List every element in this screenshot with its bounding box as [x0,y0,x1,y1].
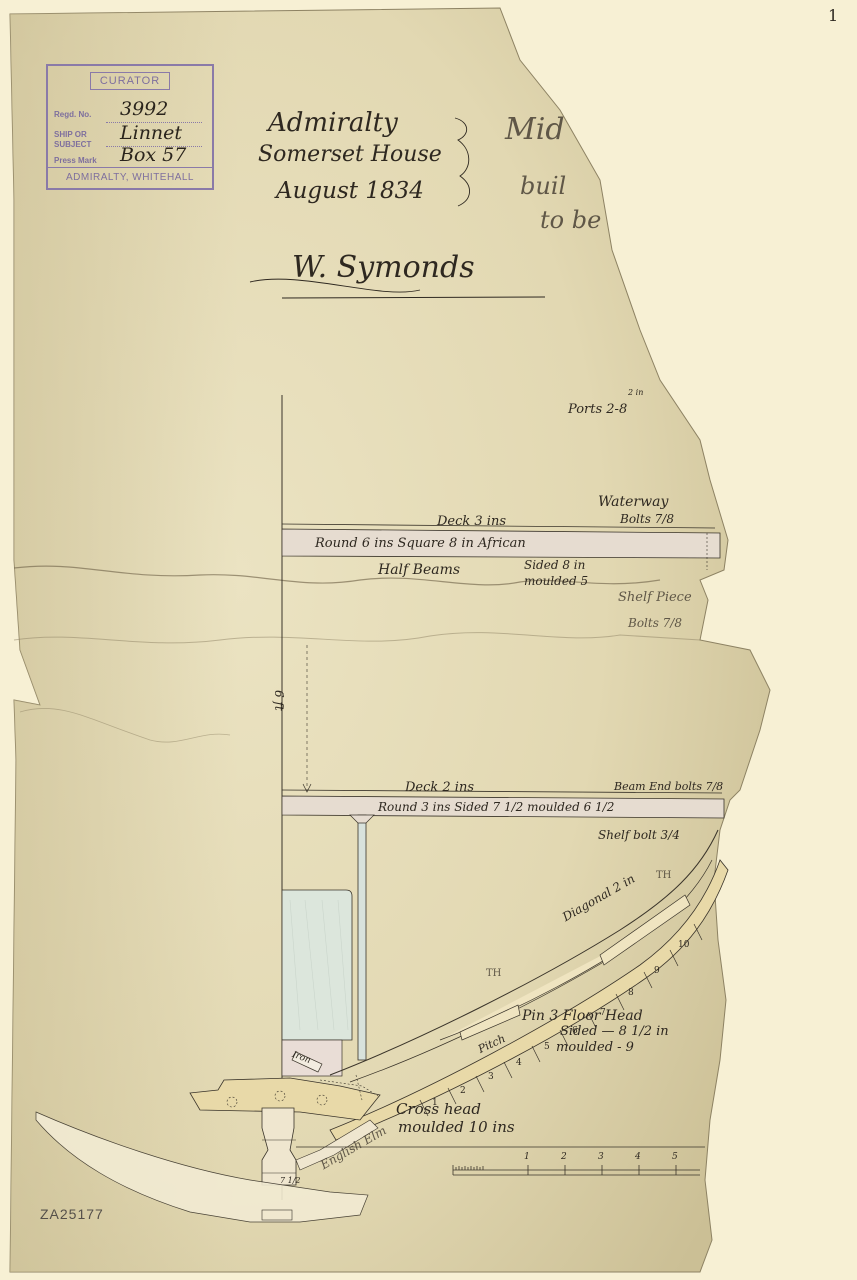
ports-label: Ports 2-8 [568,402,627,417]
scale-tick-label: 1 [524,1152,530,1162]
scale-tick-label: 2 [561,1152,567,1162]
plank-number: 8 [628,988,634,998]
curator-stamp: CURATOR Regd. No. 3992 SHIP OR SUBJECT L… [46,64,214,190]
floor-head-label: Pin 3 Floor Head [522,1008,643,1024]
beam-end-bolts-label: Beam End bolts 7/8 [614,780,723,793]
half-beams-label: Half Beams [378,562,460,578]
plank-number: 2 [460,1086,466,1096]
plank-number: 6 [572,1026,578,1036]
regd-no-label: Regd. No. [54,110,91,119]
scale-tick-label: 5 [672,1152,678,1162]
height-between-decks: 6 ft [272,690,286,711]
regd-no-value: 3992 [120,98,168,120]
half-beams-sided: Sided 8 in [524,558,585,572]
heading-admiralty: Admiralty [268,108,398,138]
document-sheet: CURATOR Regd. No. 3992 SHIP OR SUBJECT L… [0,0,857,1280]
cross-head-label: Cross head [396,1100,481,1118]
title-fragment-2: buil [520,172,566,200]
plank-number: 3 [488,1072,494,1082]
shelf-piece-label: Shelf Piece [618,590,692,605]
scale-tick-label: 4 [635,1152,641,1162]
plank-number: 1 [432,1098,438,1108]
title-fragment-3: to be [540,206,601,234]
shelf-piece-bolts: Bolts 7/8 [628,616,682,630]
lower-deck-label: Deck 2 ins [405,780,474,795]
ship-value: Linnet [120,122,182,144]
shelf-bolt-label: Shelf bolt 3/4 [598,828,680,842]
upper-deck-label: Deck 3 ins [437,514,506,529]
ports-super: 2 in [628,388,643,397]
heading-date: August 1834 [276,178,424,204]
heading-somerset-house: Somerset House [258,142,442,167]
waterway-label: Waterway [598,494,668,510]
stamp-header: CURATOR [90,72,170,90]
floor-head-moulded: moulded - 9 [556,1040,634,1055]
plank-number: 5 [544,1042,550,1052]
th-mark-lower: TH [486,968,501,979]
th-mark-upper: TH [656,870,671,881]
scale-tick-label: 3 [598,1152,604,1162]
cross-head-moulded: moulded 10 ins [398,1118,515,1136]
plank-number: 4 [516,1058,522,1068]
ship-section-drawing [0,0,857,1280]
plank-number: 10 [678,940,689,950]
catalogue-number: ZA25177 [40,1206,104,1222]
press-mark-value: Box 57 [120,144,186,166]
title-fragment-1: Mid [505,112,565,147]
lower-beam-label: Round 3 ins Sided 7 1/2 moulded 6 1/2 [378,800,614,814]
signature: W. Symonds [292,250,475,285]
plank-number: 7 [600,1008,606,1018]
ship-label-2: SUBJECT [54,140,91,149]
plank-number: 9 [654,966,660,976]
half-beams-moulded: moulded 5 [524,574,588,588]
page-number-mark: 1 [828,6,838,25]
ship-label-1: SHIP OR [54,130,87,139]
waterway-bolts: Bolts 7/8 [620,512,674,526]
upper-beam-label: Round 6 ins Square 8 in African [315,536,526,551]
press-mark-label: Press Mark [54,156,97,165]
keel-dimension: 7 1/2 [280,1176,301,1185]
stamp-footer: ADMIRALTY, WHITEHALL [48,167,212,188]
